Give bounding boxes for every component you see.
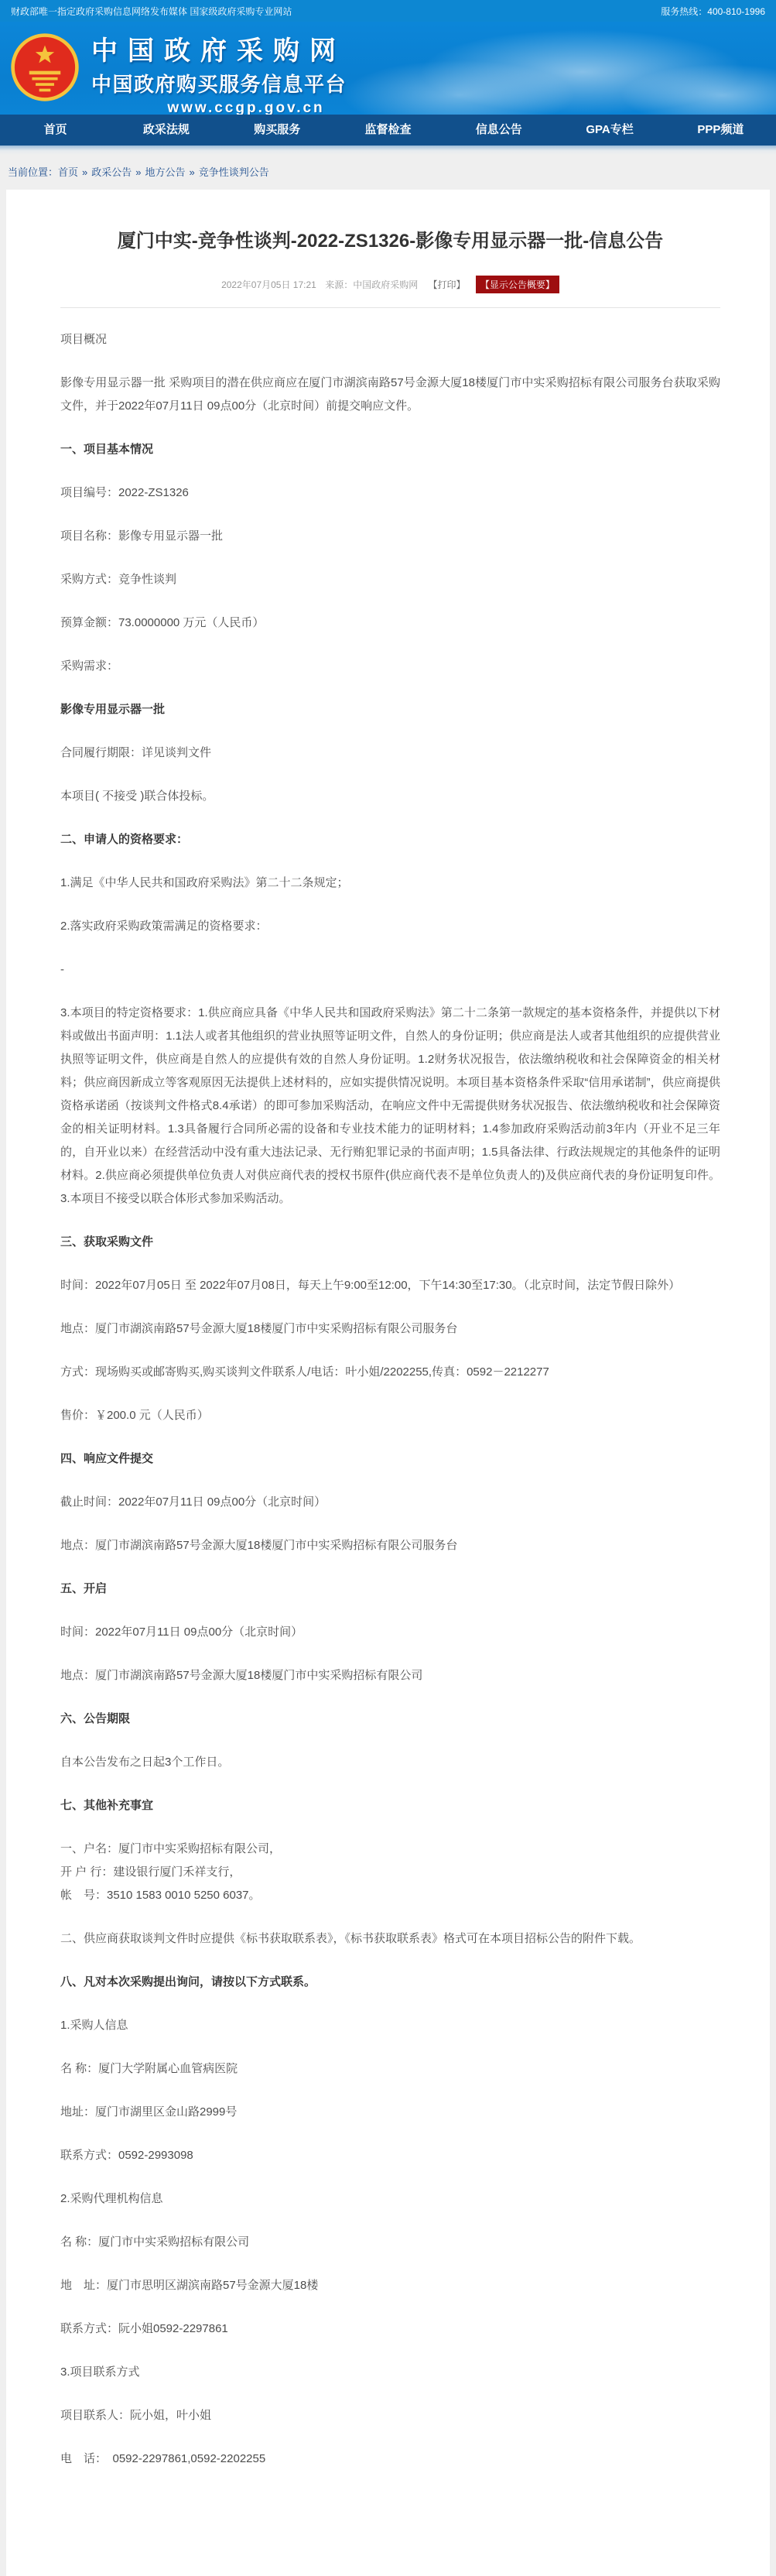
article-paragraph: 联系方式：0592-2993098: [60, 2144, 720, 2167]
article-paragraph: 预算金额：73.0000000 万元（人民币）: [60, 611, 720, 635]
article-paragraph: 采购方式：竞争性谈判: [60, 568, 720, 591]
section-heading: 二、申请人的资格要求：: [60, 828, 720, 851]
topbar-slogan: 财政部唯一指定政府采购信息网络发布媒体 国家级政府采购专业网站: [11, 5, 292, 18]
section-heading: 八、凡对本次采购提出询问，请按以下方式联系。: [60, 1971, 720, 1994]
breadcrumb-link-3[interactable]: 地方公告: [145, 166, 186, 178]
article-paragraph: 1.满足《中华人民共和国政府采购法》第二十二条规定；: [60, 872, 720, 895]
announcement-card: 厦门中实-竞争性谈判-2022-ZS1326-影像专用显示器一批-信息公告 20…: [6, 190, 770, 2576]
section-heading: 影像专用显示器一批: [60, 698, 720, 721]
section-heading: 五、开启: [60, 1577, 720, 1601]
article-paragraph: 时间：2022年07月11日 09点00分（北京时间）: [60, 1621, 720, 1644]
article-paragraph: 合同履行期限：详见谈判文件: [60, 742, 720, 765]
article-paragraph: -: [60, 958, 720, 981]
nav-gradient-strip: [0, 146, 776, 155]
article-paragraph: 方式：现场购买或邮寄购买,购买谈判文件联系人/电话：叶小姐/2202255,传真…: [60, 1361, 720, 1384]
article-paragraph: 2.采购代理机构信息: [60, 2187, 720, 2211]
article-paragraph: 项目名称：影像专用显示器一批: [60, 525, 720, 548]
print-button[interactable]: 【打印】: [429, 279, 466, 290]
article-paragraph: 影像专用显示器一批 采购项目的潜在供应商应在厦门市湖滨南路57号金源大厦18楼厦…: [60, 372, 720, 418]
article-paragraph: 售价：￥200.0 元（人民币）: [60, 1404, 720, 1427]
nav-item-2[interactable]: 政采法规: [111, 115, 221, 146]
publish-datetime: 2022年07月05日 17:21: [221, 279, 316, 290]
article-paragraph: 一、户名：厦门市中实采购招标有限公司， 开 户 行：建设银行厦门禾祥支行， 帐 …: [60, 1838, 720, 1907]
breadcrumb-link-2[interactable]: 政采公告: [91, 166, 132, 178]
breadcrumb-separator: »: [82, 166, 87, 178]
article-source: 来源：中国政府采购网: [325, 279, 418, 290]
article-paragraph: 项目编号：2022-ZS1326: [60, 481, 720, 505]
nav-item-6[interactable]: GPA专栏: [554, 115, 665, 146]
article-paragraph: 自本公告发布之日起3个工作日。: [60, 1751, 720, 1774]
article-paragraph: 1.采购人信息: [60, 2014, 720, 2037]
article-paragraph: 电 话： 0592-2297861,0592-2202255: [60, 2448, 720, 2471]
article-paragraph: 项目联系人：阮小姐，叶小姐: [60, 2404, 720, 2427]
page-title: 厦门中实-竞争性谈判-2022-ZS1326-影像专用显示器一批-信息公告: [60, 225, 720, 252]
article-paragraph: 名 称：厦门大学附属心血管病医院: [60, 2057, 720, 2081]
breadcrumb-separator: »: [135, 166, 141, 178]
section-heading: 七、其他补充事宜: [60, 1794, 720, 1817]
section-heading: 四、响应文件提交: [60, 1447, 720, 1471]
article-paragraph: 地 址：厦门市思明区湖滨南路57号金源大厦18楼: [60, 2274, 720, 2297]
article-meta: 2022年07月05日 17:21 来源：中国政府采购网 【打印】 【显示公告概…: [60, 276, 720, 293]
main-nav: 首页政采法规购买服务监督检查信息公告GPA专栏PPP频道: [0, 115, 776, 146]
national-emblem-icon: [9, 28, 80, 111]
service-hotline: 服务热线：400-810-1996: [661, 5, 765, 18]
article-paragraph: 3.本项目的特定资格要求：1.供应商应具备《中华人民共和国政府采购法》第二十二条…: [60, 1002, 720, 1211]
article-paragraph: 项目概况: [60, 328, 720, 351]
article-paragraph: 地址：厦门市湖里区金山路2999号: [60, 2101, 720, 2124]
article-paragraph: 时间：2022年07月05日 至 2022年07月08日，每天上午9:00至12…: [60, 1274, 720, 1297]
nav-item-7[interactable]: PPP频道: [665, 115, 776, 146]
article-paragraph: 采购需求：: [60, 655, 720, 678]
divider: [60, 307, 720, 308]
nav-item-4[interactable]: 监督检查: [333, 115, 443, 146]
site-banner: 中国政府采购网 中国政府购买服务信息平台 www.ccgp.gov.cn: [0, 22, 776, 115]
top-service-bar: 财政部唯一指定政府采购信息网络发布媒体 国家级政府采购专业网站 服务热线：400…: [0, 0, 776, 22]
breadcrumb-separator: »: [190, 166, 195, 178]
breadcrumb-link-1[interactable]: 首页: [58, 166, 78, 178]
nav-item-3[interactable]: 购买服务: [222, 115, 333, 146]
article-paragraph: 地点：厦门市湖滨南路57号金源大厦18楼厦门市中实采购招标有限公司服务台: [60, 1317, 720, 1341]
article-paragraph: 2.落实政府采购政策需满足的资格要求：: [60, 915, 720, 938]
article-paragraph: 联系方式：阮小姐0592-2297861: [60, 2317, 720, 2341]
article-paragraph: 地点：厦门市湖滨南路57号金源大厦18楼厦门市中实采购招标有限公司: [60, 1664, 720, 1687]
article-paragraph: 地点：厦门市湖滨南路57号金源大厦18楼厦门市中实采购招标有限公司服务台: [60, 1534, 720, 1557]
nav-item-5[interactable]: 信息公告: [443, 115, 554, 146]
breadcrumb-link-4[interactable]: 竞争性谈判公告: [199, 166, 269, 178]
section-heading: 三、获取采购文件: [60, 1231, 720, 1254]
site-title: 中国政府采购网: [91, 29, 447, 67]
article-paragraph: 3.项目联系方式: [60, 2361, 720, 2384]
article-paragraph: 截止时间：2022年07月11日 09点00分（北京时间）: [60, 1491, 720, 1514]
article-paragraph: 二、供应商获取谈判文件时应提供《标书获取联系表》，《标书获取联系表》格式可在本项…: [60, 1927, 720, 1951]
section-heading: 六、公告期限: [60, 1708, 720, 1731]
breadcrumb-items: 首页»政采公告»地方公告»竞争性谈判公告: [58, 166, 269, 178]
show-summary-badge[interactable]: 【显示公告概要】: [476, 276, 559, 293]
article-paragraph: 本项目( 不接受 )联合体投标。: [60, 785, 720, 808]
section-heading: 一、项目基本情况: [60, 438, 720, 461]
breadcrumb-label: 当前位置：: [8, 166, 58, 178]
article-paragraph: 名 称：厦门市中实采购招标有限公司: [60, 2231, 720, 2254]
nav-item-1[interactable]: 首页: [0, 115, 111, 146]
breadcrumb: 当前位置：首页»政采公告»地方公告»竞争性谈判公告: [0, 155, 776, 183]
article-body: 项目概况影像专用显示器一批 采购项目的潜在供应商应在厦门市湖滨南路57号金源大厦…: [60, 328, 720, 2471]
